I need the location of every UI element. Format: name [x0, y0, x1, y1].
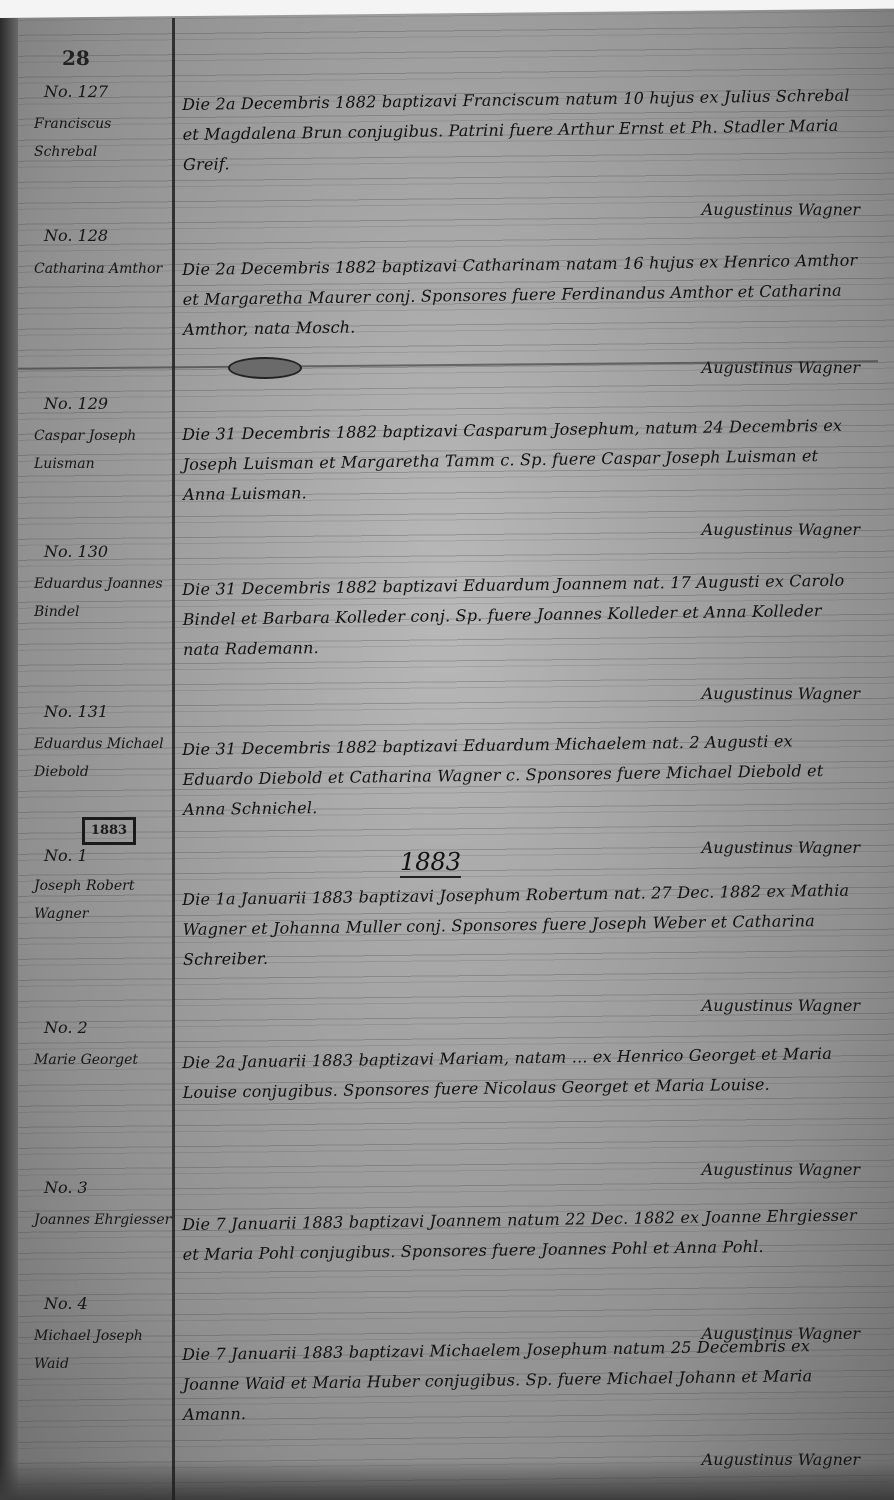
entry-text: Die 31 Decembris 1882 baptizavi Eduardum…: [182, 566, 863, 665]
entry-name: Eduardus Michael Diebold: [34, 730, 174, 786]
entry-text: Die 31 Decembris 1882 baptizavi Casparum…: [182, 411, 863, 510]
year-box: 1883: [82, 817, 136, 845]
entry-number: No. 1: [44, 846, 88, 865]
entry-signature: Augustinus Wagner: [702, 996, 860, 1015]
entry-text: Die 31 Decembris 1882 baptizavi Eduardum…: [182, 726, 863, 825]
entry-text: Die 7 Januarii 1883 baptizavi Michaelem …: [182, 1331, 863, 1430]
entry-text: Die 2a Januarii 1883 baptizavi Mariam, n…: [182, 1039, 863, 1108]
entry-name: Catharina Amthor: [34, 255, 174, 283]
page-top-edge: [0, 0, 894, 18]
entry-signature: Augustinus Wagner: [702, 838, 860, 857]
entry-signature: Augustinus Wagner: [702, 684, 860, 703]
entry-signature: Augustinus Wagner: [702, 1160, 860, 1179]
entry-text: Die 2a Decembris 1882 baptizavi Francisc…: [182, 81, 863, 180]
entry-text: Die 1a Januarii 1883 baptizavi Josephum …: [182, 876, 863, 975]
entry-text: Die 7 Januarii 1883 baptizavi Joannem na…: [182, 1201, 863, 1270]
entry-number: No. 3: [44, 1178, 88, 1197]
entry-number: No. 2: [44, 1018, 88, 1037]
entry-name: Michael Joseph Waid: [34, 1322, 174, 1378]
ink-smudge: [228, 357, 302, 379]
entry-name: Marie Georget: [34, 1046, 174, 1074]
entry-name: Joseph Robert Wagner: [34, 872, 174, 928]
entry-text: Die 2a Decembris 1882 baptizavi Catharin…: [182, 246, 863, 345]
binding-shadow: [0, 18, 18, 1500]
entry-name: Eduardus Joannes Bindel: [34, 570, 174, 626]
entry-number: No. 4: [44, 1294, 88, 1313]
entry-number: No. 128: [44, 226, 108, 245]
page-number: 28: [62, 46, 90, 70]
year-heading: 1883: [400, 848, 461, 878]
entry-number: No. 131: [44, 702, 108, 721]
entry-number: No. 127: [44, 82, 108, 101]
entry-name: Joannes Ehrgiesser: [34, 1206, 174, 1234]
entry-signature: Augustinus Wagner: [702, 1450, 860, 1469]
entry-number: No. 129: [44, 394, 108, 413]
entry-name: Franciscus Schrebal: [34, 110, 174, 166]
entry-number: No. 130: [44, 542, 108, 561]
entry-signature: Augustinus Wagner: [702, 520, 860, 539]
entry-signature: Augustinus Wagner: [702, 200, 860, 219]
register-page: 28 No. 127 Franciscus Schrebal Die 2a De…: [0, 0, 894, 1500]
entry-name: Caspar Joseph Luisman: [34, 422, 174, 478]
